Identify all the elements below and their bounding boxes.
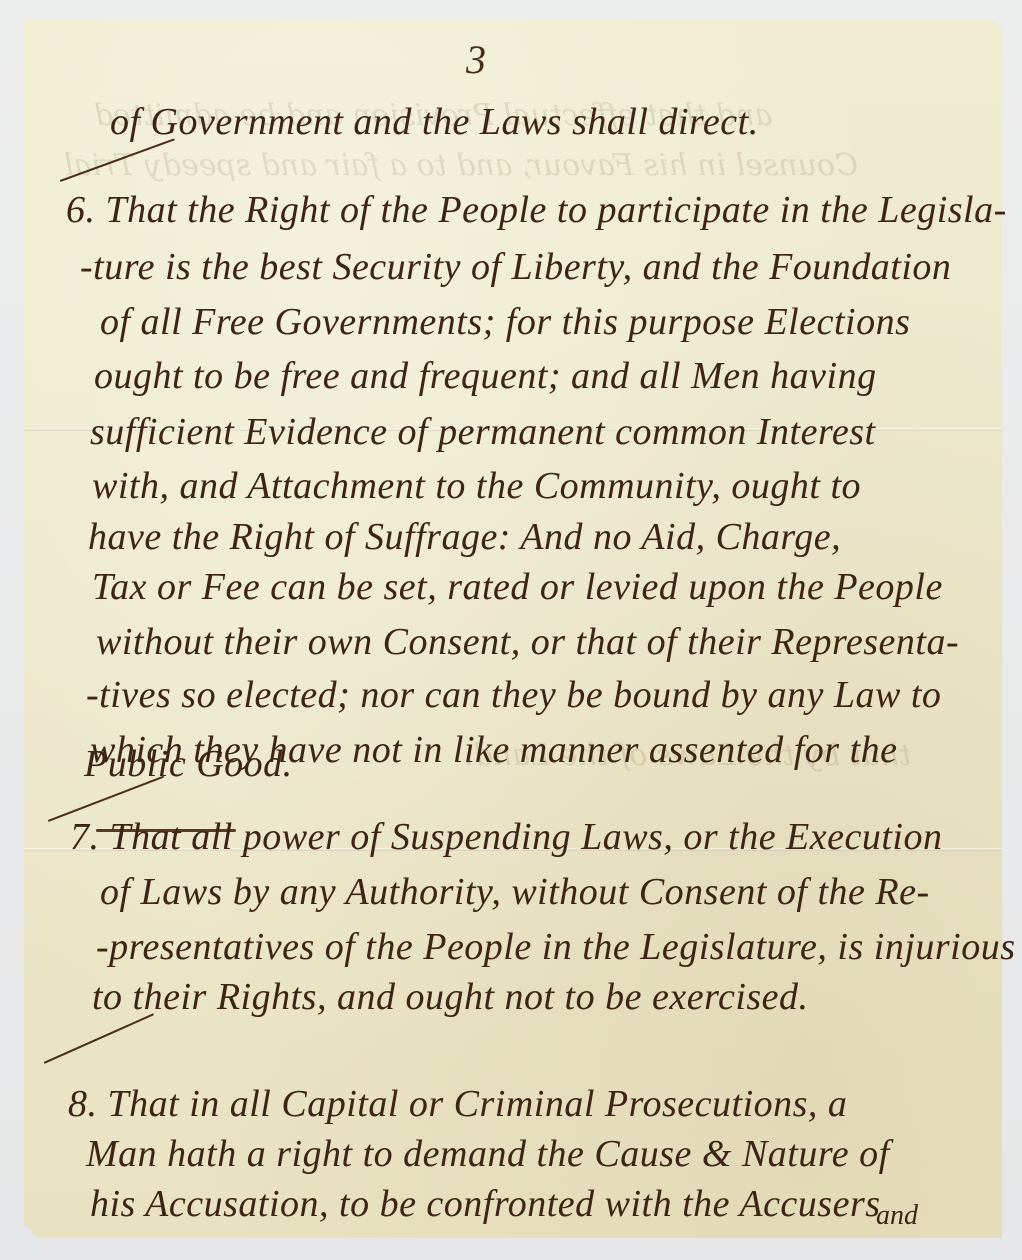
manuscript-line: of Laws by any Authority, without Consen… <box>100 870 930 914</box>
manuscript-line: Man hath a right to demand the Cause & N… <box>86 1132 890 1176</box>
manuscript-line: 8. That in all Capital or Criminal Prose… <box>68 1082 847 1126</box>
manuscript-line: -ture is the best Security of Liberty, a… <box>80 245 951 289</box>
bleed-through-text: Counsel in his Favour, and to a fair and… <box>64 148 858 183</box>
manuscript-line: Public Good. <box>84 742 293 786</box>
manuscript-line: Tax or Fee can be set, rated or levied u… <box>92 565 943 609</box>
manuscript-line: with, and Attachment to the Community, o… <box>92 464 861 508</box>
manuscript-line: 7. That all power of Suspending Laws, or… <box>70 815 942 859</box>
manuscript-line: 6. That the Right of the People to parti… <box>66 188 1007 232</box>
manuscript-line: -presentatives of the People in the Legi… <box>96 925 1016 969</box>
manuscript-line: to their Rights, and ought not to be exe… <box>92 975 809 1019</box>
manuscript-line: without their own Consent, or that of th… <box>96 620 959 664</box>
manuscript-line: sufficient Evidence of permanent common … <box>90 410 876 454</box>
manuscript-line: -tives so elected; nor can they be bound… <box>86 673 941 717</box>
manuscript-line: ought to be free and frequent; and all M… <box>94 354 877 398</box>
manuscript-line: of all Free Governments; for this purpos… <box>100 300 910 344</box>
catchword: and <box>876 1200 918 1232</box>
manuscript-line: of Government and the Laws shall direct. <box>110 100 759 144</box>
page-number: 3 <box>466 36 486 83</box>
manuscript-line: have the Right of Suffrage: And no Aid, … <box>88 515 841 559</box>
manuscript-line: his Accusation, to be confronted with th… <box>90 1182 881 1226</box>
